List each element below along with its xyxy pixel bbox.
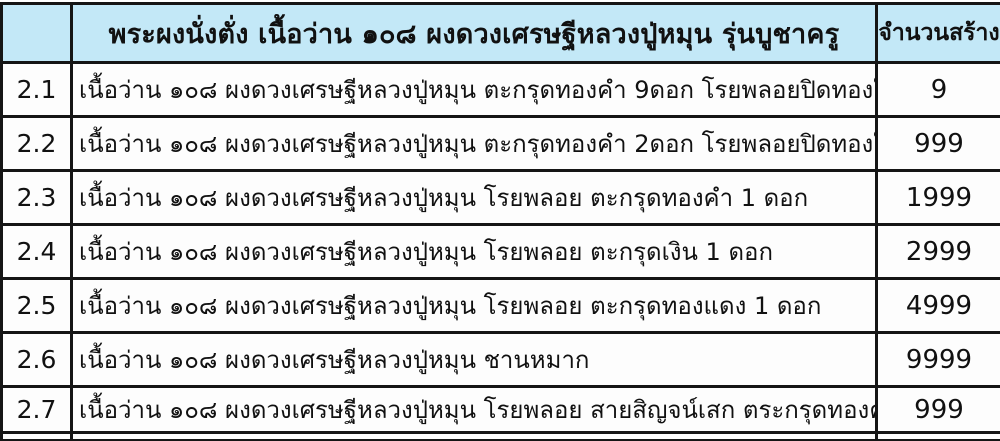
row-quantity: 2999 bbox=[877, 225, 1000, 279]
row-number: 2.3 bbox=[2, 171, 72, 225]
row-description: เนื้อว่าน ๑๐๘ ผงดวงเศรษฐีหลวงปู่หมุน ชาน… bbox=[72, 333, 877, 387]
table-row: 2.3 เนื้อว่าน ๑๐๘ ผงดวงเศรษฐีหลวงปู่หมุน… bbox=[2, 171, 1000, 225]
header-corner-cell bbox=[2, 4, 72, 63]
partial-cell bbox=[2, 433, 72, 441]
quantity-column-header: จำนวนสร้าง bbox=[877, 4, 1000, 63]
partial-cell bbox=[72, 433, 877, 441]
table-title: พระผงนั่งตั่ง เนื้อว่าน ๑๐๘ ผงดวงเศรษฐีห… bbox=[72, 4, 877, 63]
row-quantity: 4999 bbox=[877, 279, 1000, 333]
document-sheet: พระผงนั่งตั่ง เนื้อว่าน ๑๐๘ ผงดวงเศรษฐีห… bbox=[0, 2, 1000, 441]
row-description: เนื้อว่าน ๑๐๘ ผงดวงเศรษฐีหลวงปู่หมุน ตะก… bbox=[72, 63, 877, 117]
row-description: เนื้อว่าน ๑๐๘ ผงดวงเศรษฐีหลวงปู่หมุน ตะก… bbox=[72, 117, 877, 171]
partial-cell bbox=[877, 433, 1000, 441]
row-quantity: 1999 bbox=[877, 171, 1000, 225]
row-quantity: 999 bbox=[877, 387, 1000, 433]
row-number: 2.2 bbox=[2, 117, 72, 171]
table-row: 2.2 เนื้อว่าน ๑๐๘ ผงดวงเศรษฐีหลวงปู่หมุน… bbox=[2, 117, 1000, 171]
row-description: เนื้อว่าน ๑๐๘ ผงดวงเศรษฐีหลวงปู่หมุน โรย… bbox=[72, 279, 877, 333]
table-row: 2.5 เนื้อว่าน ๑๐๘ ผงดวงเศรษฐีหลวงปู่หมุน… bbox=[2, 279, 1000, 333]
row-quantity: 9 bbox=[877, 63, 1000, 117]
row-description: เนื้อว่าน ๑๐๘ ผงดวงเศรษฐีหลวงปู่หมุน โรย… bbox=[72, 387, 877, 433]
table-row-partial bbox=[2, 433, 1000, 441]
row-number: 2.6 bbox=[2, 333, 72, 387]
row-quantity: 9999 bbox=[877, 333, 1000, 387]
table-row: 2.1 เนื้อว่าน ๑๐๘ ผงดวงเศรษฐีหลวงปู่หมุน… bbox=[2, 63, 1000, 117]
row-quantity: 999 bbox=[877, 117, 1000, 171]
table-row: 2.7 เนื้อว่าน ๑๐๘ ผงดวงเศรษฐีหลวงปู่หมุน… bbox=[2, 387, 1000, 433]
table-row: 2.6 เนื้อว่าน ๑๐๘ ผงดวงเศรษฐีหลวงปู่หมุน… bbox=[2, 333, 1000, 387]
row-description: เนื้อว่าน ๑๐๘ ผงดวงเศรษฐีหลวงปู่หมุน โรย… bbox=[72, 225, 877, 279]
row-number: 2.5 bbox=[2, 279, 72, 333]
amulet-table: พระผงนั่งตั่ง เนื้อว่าน ๑๐๘ ผงดวงเศรษฐีห… bbox=[0, 2, 1000, 441]
row-number: 2.1 bbox=[2, 63, 72, 117]
row-number: 2.7 bbox=[2, 387, 72, 433]
row-number: 2.4 bbox=[2, 225, 72, 279]
table-header-row: พระผงนั่งตั่ง เนื้อว่าน ๑๐๘ ผงดวงเศรษฐีห… bbox=[2, 4, 1000, 63]
row-description: เนื้อว่าน ๑๐๘ ผงดวงเศรษฐีหลวงปู่หมุน โรย… bbox=[72, 171, 877, 225]
table-row: 2.4 เนื้อว่าน ๑๐๘ ผงดวงเศรษฐีหลวงปู่หมุน… bbox=[2, 225, 1000, 279]
